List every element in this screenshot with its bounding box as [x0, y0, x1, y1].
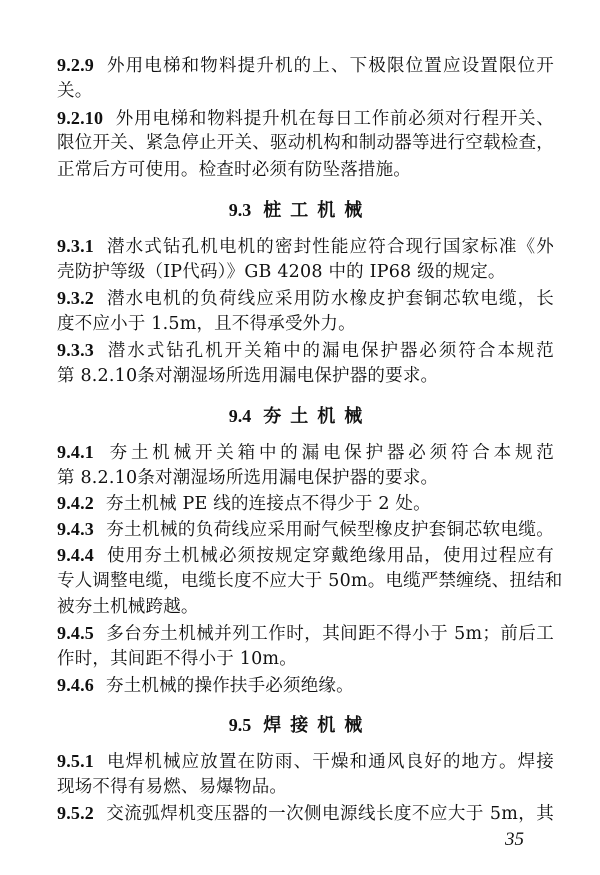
section-heading-9-3: 9.3桩工机械	[0, 197, 600, 223]
page-number: 35	[505, 829, 524, 851]
clause-9-2-9-line-2: 关。	[57, 79, 554, 103]
clause-9-2-10-line-3: 正常后方可使用。检查时必须有防坠落措施。	[57, 158, 554, 182]
clause-text: 潜水式钻孔机开关箱中的漏电保护器必须符合本规范	[106, 341, 554, 361]
clause-text: 潜水电机的负荷线应采用防水橡皮护套铜芯软电缆，长	[106, 289, 554, 309]
clause-text: 使用夯土机械必须按规定穿戴绝缘用品，使用过程应有	[106, 546, 554, 566]
clause-9-3-3-line-1: 9.3.3潜水式钻孔机开关箱中的漏电保护器必须符合本规范	[57, 338, 554, 362]
clause-text: 潜水式钻孔机电机的密封性能应符合现行国家标准《外	[106, 237, 554, 257]
clause-9-4-1-line-1: 9.4.1夯土机械开关箱中的漏电保护器必须符合本规范	[57, 440, 554, 464]
clause-9-4-4-line-3: 被夯土机械跨越。	[57, 595, 554, 619]
clause-number: 9.4.2	[57, 493, 94, 513]
section-title: 焊接机械	[263, 715, 371, 736]
clause-text: 外用电梯和物料提升机的上、下极限位置应设置限位开	[106, 56, 554, 76]
clause-text: 多台夯土机械并列工作时，其间距不得小于 5m；前后工	[106, 624, 554, 644]
clause-text: 夯土机械开关箱中的漏电保护器必须符合本规范	[106, 443, 554, 463]
clause-9-5-1-line-2: 现场不得有易燃、易爆物品。	[57, 775, 554, 799]
clause-number: 9.3.1	[57, 236, 94, 256]
clause-9-4-1-line-2: 第 8.2.10条对潮湿场所选用漏电保护器的要求。	[57, 466, 554, 490]
clause-number: 9.5.2	[57, 803, 94, 823]
section-heading-9-4: 9.4夯土机械	[0, 403, 600, 429]
clause-text: 夯土机械 PE 线的连接点不得少于 2 处。	[106, 494, 431, 514]
section-number: 9.5	[229, 715, 252, 735]
clause-number: 9.4.3	[57, 519, 94, 539]
clause-9-4-2-line-1: 9.4.2夯土机械 PE 线的连接点不得少于 2 处。	[57, 491, 554, 515]
clause-text: 外用电梯和物料提升机在每日工作前必须对行程开关、	[115, 109, 554, 129]
clause-text: 电焊机械应放置在防雨、干燥和通风良好的地方。焊接	[106, 752, 554, 772]
section-heading-9-5: 9.5焊接机械	[0, 712, 600, 738]
clause-9-4-3-line-1: 9.4.3夯土机械的负荷线应采用耐气候型橡皮护套铜芯软电缆。	[57, 517, 554, 541]
clause-9-4-6-line-1: 9.4.6夯土机械的操作扶手必须绝缘。	[57, 673, 554, 697]
clause-number: 9.4.5	[57, 623, 94, 643]
clause-number: 9.3.3	[57, 340, 94, 360]
clause-9-4-5-line-1: 9.4.5多台夯土机械并列工作时，其间距不得小于 5m；前后工	[57, 621, 554, 645]
clause-9-3-1-line-2: 壳防护等级（IP代码）》GB 4208 中的 IP68 级的规定。	[57, 260, 554, 284]
section-title: 桩工机械	[263, 200, 371, 221]
clause-9-3-3-line-2: 第 8.2.10条对潮湿场所选用漏电保护器的要求。	[57, 364, 554, 388]
clause-text: 交流弧焊机变压器的一次侧电源线长度不应大于 5m，其	[106, 804, 554, 824]
clause-number: 9.5.1	[57, 751, 94, 771]
clause-9-3-2-line-1: 9.3.2潜水电机的负荷线应采用防水橡皮护套铜芯软电缆，长	[57, 286, 554, 310]
section-title: 夯土机械	[263, 406, 371, 427]
clause-number: 9.3.2	[57, 288, 94, 308]
clause-9-3-1-line-1: 9.3.1潜水式钻孔机电机的密封性能应符合现行国家标准《外	[57, 234, 554, 258]
clause-number: 9.4.1	[57, 442, 94, 462]
section-number: 9.3	[229, 200, 252, 220]
clause-number: 9.2.9	[57, 55, 94, 75]
clause-9-2-10-line-1: 9.2.10外用电梯和物料提升机在每日工作前必须对行程开关、	[57, 106, 554, 130]
clause-number: 9.2.10	[57, 108, 103, 128]
clause-9-2-9-line-1: 9.2.9外用电梯和物料提升机的上、下极限位置应设置限位开	[57, 53, 554, 77]
clause-9-4-4-line-1: 9.4.4使用夯土机械必须按规定穿戴绝缘用品，使用过程应有	[57, 543, 554, 567]
clause-9-5-2-line-1: 9.5.2交流弧焊机变压器的一次侧电源线长度不应大于 5m，其	[57, 801, 554, 825]
clause-9-4-5-line-2: 作时，其间距不得小于 10m。	[57, 647, 554, 671]
document-page: 9.2.9外用电梯和物料提升机的上、下极限位置应设置限位开 关。 9.2.10外…	[0, 0, 600, 875]
clause-number: 9.4.6	[57, 675, 94, 695]
clause-9-3-2-line-2: 度不应小于 1.5m，且不得承受外力。	[57, 312, 554, 336]
section-number: 9.4	[229, 406, 252, 426]
clause-text: 夯土机械的操作扶手必须绝缘。	[106, 676, 354, 696]
clause-number: 9.4.4	[57, 545, 94, 565]
clause-9-5-1-line-1: 9.5.1电焊机械应放置在防雨、干燥和通风良好的地方。焊接	[57, 749, 554, 773]
clause-9-2-10-line-2: 限位开关、紧急停止开关、驱动机构和制动器等进行空载检查，	[57, 131, 554, 155]
clause-text: 夯土机械的负荷线应采用耐气候型橡皮护套铜芯软电缆。	[106, 520, 554, 540]
clause-9-4-4-line-2: 专人调整电缆，电缆长度不应大于 50m。电缆严禁缠绕、扭结和	[57, 569, 554, 593]
